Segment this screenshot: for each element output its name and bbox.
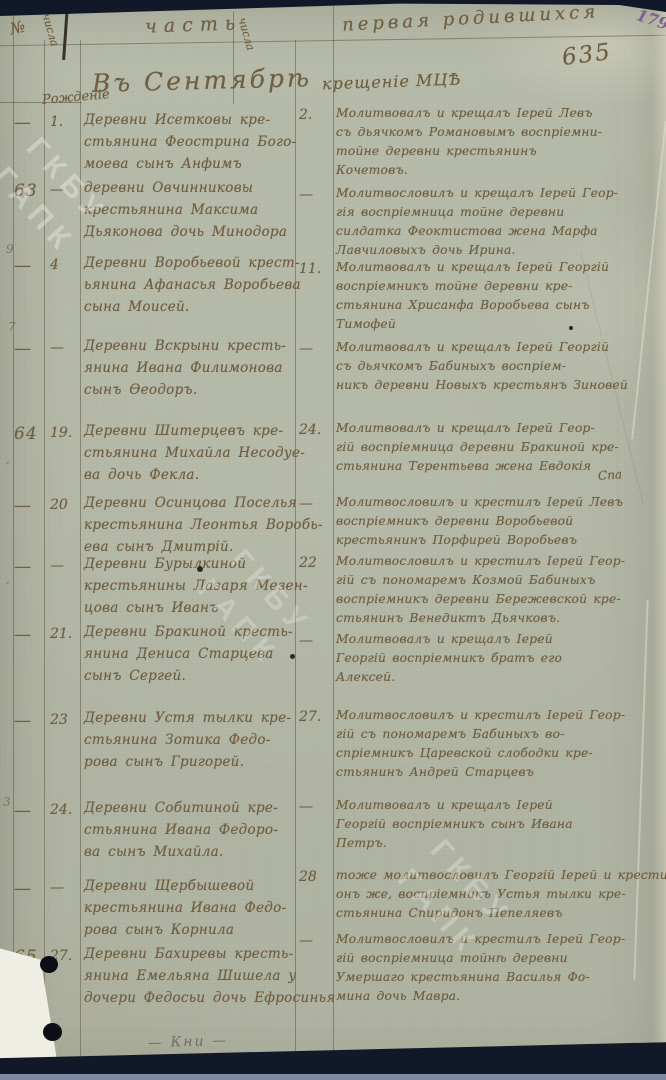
baptism-day: 27.: [299, 709, 333, 725]
scanner-bed-edge: [0, 1074, 666, 1080]
baptism-day: —: [299, 933, 333, 949]
birth-text: Деревни Осинцова Посельякрестьянина Леон…: [84, 495, 296, 561]
bottom-pencil-note: — Кни —: [148, 1033, 228, 1052]
baptism-text: Молитвовалъ и крещалъ ІерейГеоргій воспр…: [336, 632, 666, 708]
header-part: часть: [145, 12, 243, 37]
ink-blot: [197, 566, 203, 572]
baptism-text: Молитвовалъ и крещалъ Іерей Георгійвоспр…: [336, 260, 666, 336]
margin-mark: 9: [6, 242, 14, 256]
scanned-register-page: № часть первая родившихся 635 179 числа …: [0, 0, 666, 1080]
baptism-day: —: [299, 496, 333, 512]
month-heading: Въ Сентябрѣ: [92, 63, 313, 98]
baptism-text: Молитвословилъ и крестилъ Іерей Геор-гій…: [336, 932, 666, 1008]
baptism-text: Молитвовалъ и крещалъ ІерейГеоргій воспр…: [336, 798, 666, 874]
birth-day: —: [50, 340, 82, 356]
birth-text: Деревни Бахиревы кресть-янина Емельяна Ш…: [84, 946, 296, 1012]
birth-text: Деревни Устя тылки кре-стьянина Зотика Ф…: [84, 710, 296, 776]
punch-hole: [40, 956, 58, 973]
baptism-text: Молитвословилъ и крестилъ Іерей Геор-гій…: [336, 708, 666, 784]
birth-day: 21.: [50, 626, 82, 642]
birth-text: Деревни Воробьевой крест-ьянина Афанасья…: [84, 255, 296, 321]
side-note: Спа: [598, 467, 623, 483]
baptism-text: Молитвословилъ и крещалъ Іерей Геор-гія …: [336, 186, 666, 262]
birth-text: Деревни Исетковы кре-стьянина Феострина …: [84, 112, 296, 178]
punch-hole: [43, 1023, 62, 1041]
birth-day: 24.: [50, 802, 82, 818]
margin-mark: 7: [8, 320, 16, 334]
birth-day: —: [50, 558, 82, 574]
baptism-text: Молитвовалъ и крещалъ Іерей Геор-гій вос…: [336, 421, 666, 497]
birth-text: Деревни Собитиной кре-стьянина Ивана Фед…: [84, 800, 296, 866]
birth-day: 1.: [50, 114, 82, 130]
entry-number: —: [14, 113, 50, 133]
entry-number: —: [14, 256, 50, 276]
baptism-text: Молитвовалъ и крещалъ Іерей Георгійсъ дь…: [336, 340, 666, 416]
baptism-day: 22: [299, 555, 333, 571]
baptism-day: —: [299, 799, 333, 815]
baptism-text: Молитвословилъ и крестилъ Іерей Геор-гій…: [336, 554, 666, 630]
margin-mark: 3: [3, 795, 11, 809]
birth-text: деревни Овчинниковыкрестьянина МаксимаДь…: [84, 180, 296, 246]
birth-day: 20: [50, 497, 82, 513]
birth-day: 23: [50, 712, 82, 728]
entry-number: —: [14, 801, 50, 821]
entry-number: —: [14, 339, 50, 359]
birth-text: Деревни Бурылкинойкрестьянины Лазаря Мез…: [84, 556, 296, 622]
birth-day: —: [50, 182, 82, 198]
baptism-day: —: [299, 341, 333, 357]
birth-day: 4: [50, 257, 82, 273]
entry-number: —: [14, 625, 50, 645]
baptism-text: Молитвовалъ и крещалъ Іерей Левъсъ дьячк…: [336, 106, 666, 182]
baptism-day: 11.: [299, 261, 333, 277]
rule-vertical-column-divider: [333, 6, 334, 1058]
margin-mark: ,: [6, 572, 10, 586]
margin-mark: ,: [6, 452, 10, 466]
birth-text: Деревни Вскрыни кресть-янина Ивана Филим…: [84, 338, 296, 404]
entry-number: —: [14, 496, 50, 516]
birth-text: Деревни Бракиной кресть-янина Дениса Ста…: [84, 624, 296, 690]
birth-text: Деревни Шитерцевъ кре-стьянина Михайла Н…: [84, 423, 296, 489]
birth-text: Деревни Щербышевойкрестьянина Ивана Федо…: [84, 878, 296, 944]
ink-blot: [290, 654, 295, 659]
ink-blot: [569, 326, 573, 330]
entry-number: 64: [14, 424, 50, 444]
birth-day: 19.: [50, 425, 82, 441]
entry-number: —: [14, 711, 50, 731]
rule-vertical-left-edge: [13, 14, 14, 1058]
baptism-day: 2.: [299, 107, 333, 123]
entry-number: —: [14, 879, 50, 899]
baptism-day: —: [299, 187, 333, 203]
baptism-day: —: [299, 633, 333, 649]
entry-number: —: [14, 557, 50, 577]
birth-day: —: [50, 880, 82, 896]
baptism-day: 28: [299, 869, 333, 885]
entry-number: 63: [14, 181, 50, 201]
baptism-day: 24.: [299, 422, 333, 438]
